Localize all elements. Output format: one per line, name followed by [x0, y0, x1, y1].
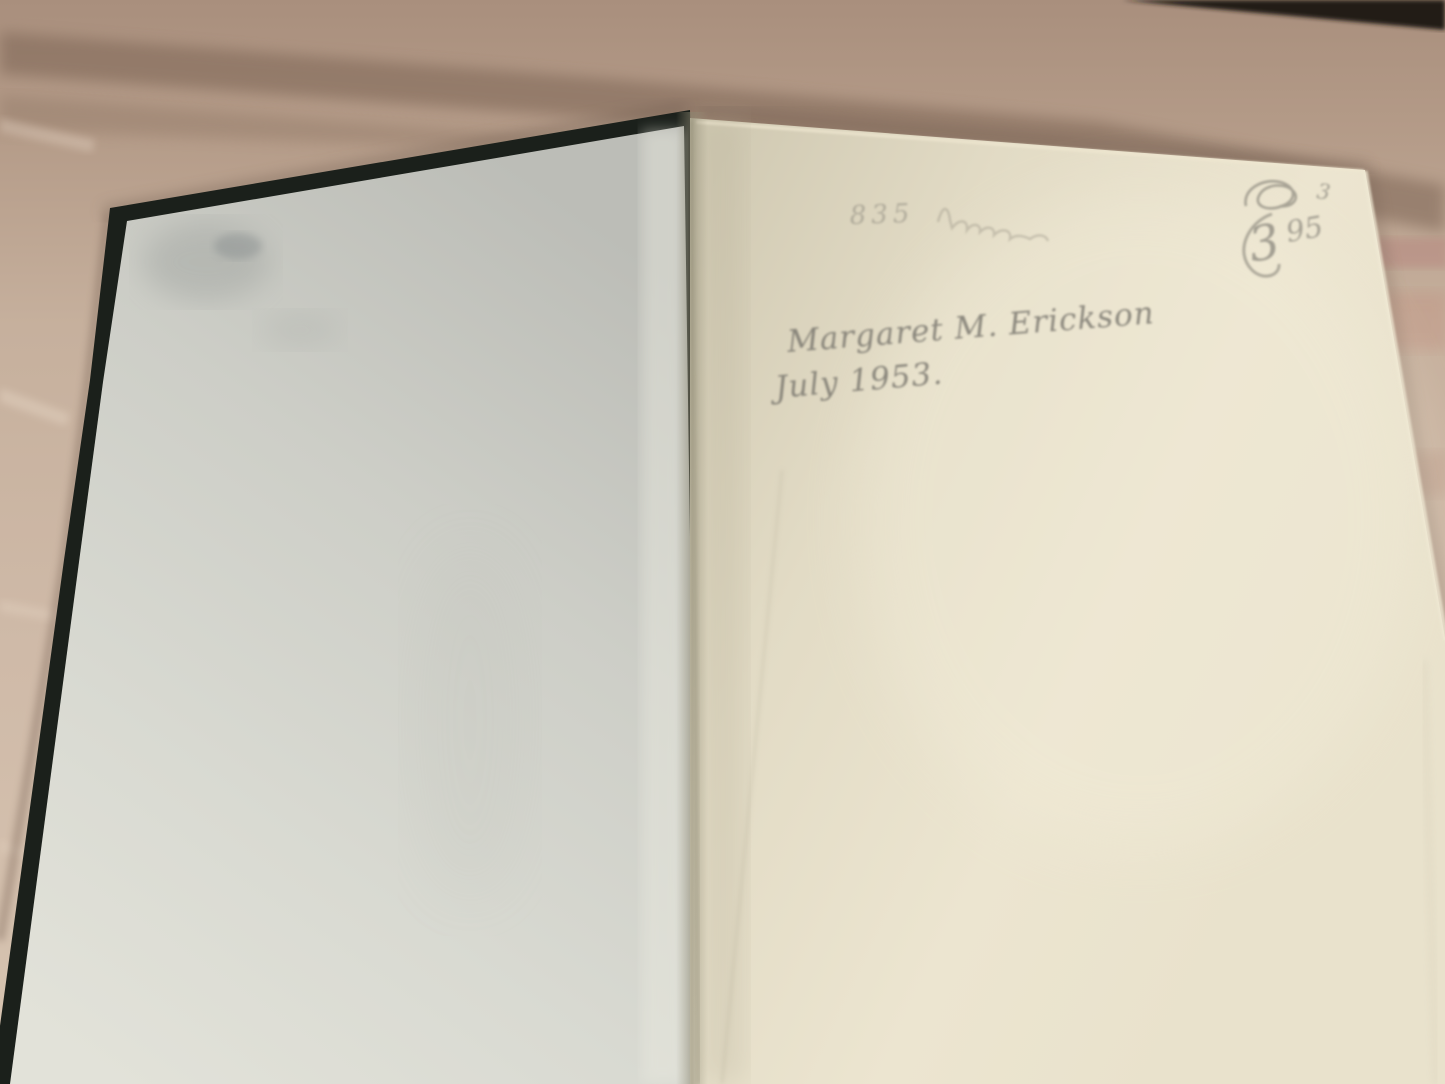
photo-canvas: 835 3 3 95 Margaret M. Erickson July 195… [0, 0, 1445, 1084]
pencil-price-small-digits: 95 [1283, 209, 1325, 249]
book [0, 110, 1445, 1084]
pencil-catalog-notation: 835 [849, 199, 915, 231]
pastedown-smudge-faint [260, 312, 340, 348]
pastedown-smudge-large [142, 222, 270, 302]
pastedown-smudge-dark [214, 233, 262, 259]
book-photo: 835 3 3 95 Margaret M. Erickson July 195… [0, 0, 1445, 1084]
right-page-sheen [860, 190, 1420, 850]
pastedown-soft-shading [410, 540, 530, 900]
